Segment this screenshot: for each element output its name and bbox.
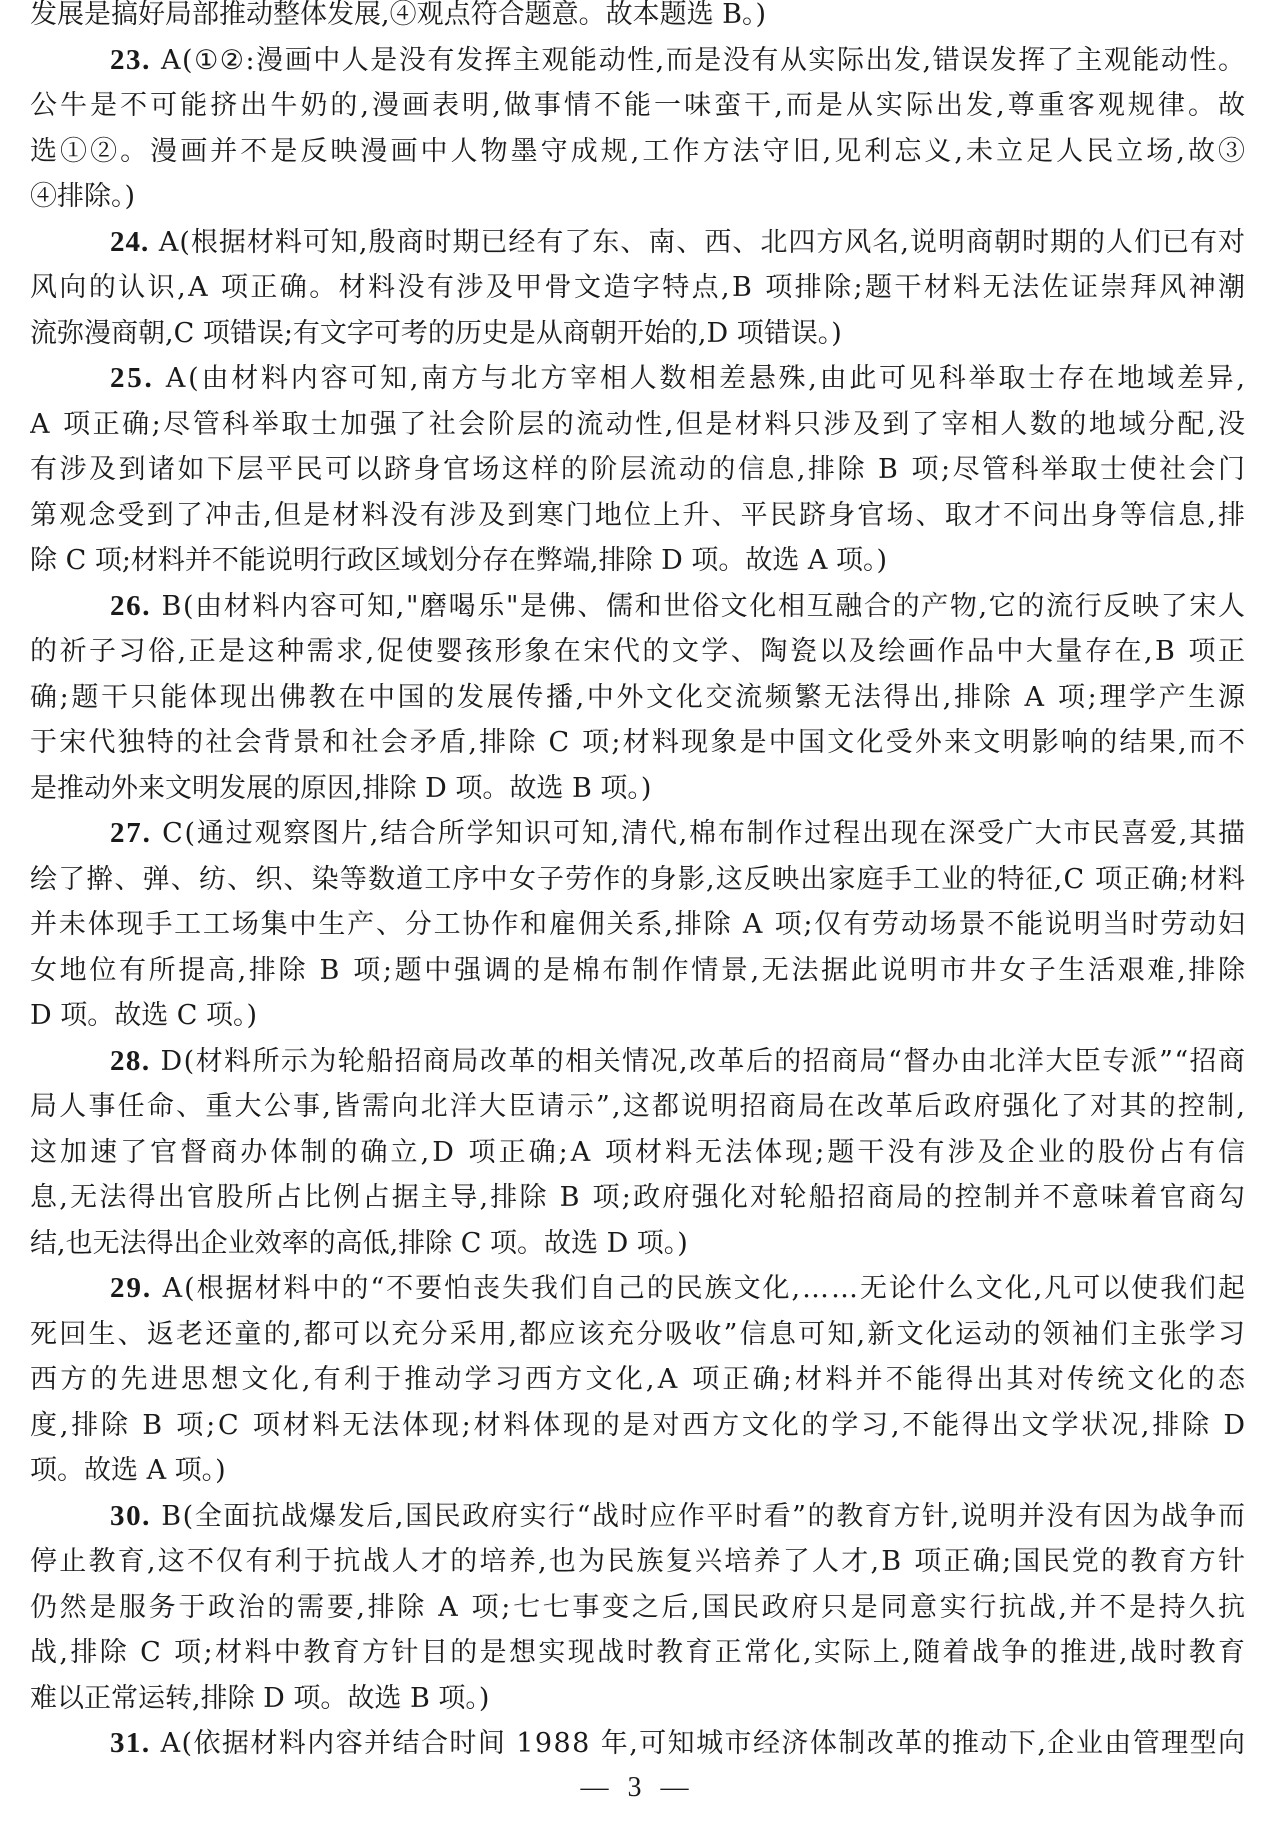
line-text: 女地位有所提高,排除 B 项;题中强调的是棉布制作情景,无法据此说明市井女子生活…: [30, 955, 1245, 986]
question-number: 25.: [110, 362, 155, 394]
line-text: 结,也无法得出企业效率的高低,排除 C 项。故选 D 项。): [30, 1228, 688, 1259]
text-line: 息,无法得出官股所占比例占据主导,排除 B 项;政府强化对轮船招商局的控制并不意…: [30, 1175, 1245, 1221]
text-line: D 项。故选 C 项。): [30, 993, 1245, 1039]
line-text: 选①②。漫画并不是反映漫画中人物墨守成规,工作方法守旧,见利忘义,未立足人民立场…: [30, 136, 1245, 167]
line-text: 发展是搞好局部推动整体发展,④观点符合题意。故本题选 B。): [30, 0, 766, 30]
question-first-line: 29. A(根据材料中的“不要怕丧失我们自己的民族文化,……无论什么文化,凡可以…: [30, 1266, 1245, 1312]
text-line: 除 C 项;材料并不能说明行政区域划分存在弊端,排除 D 项。故选 A 项。): [30, 538, 1245, 584]
text-line: 并未体现手工工场集中生产、分工协作和雇佣关系,排除 A 项;仅有劳动场景不能说明…: [30, 902, 1245, 948]
line-text: 局人事任命、重大公事,皆需向北洋大臣请示”,这都说明招商局在改革后政府强化了对其…: [30, 1091, 1245, 1122]
line-text: 西方的先进思想文化,有利于推动学习西方文化,A 项正确;材料并不能得出其对传统文…: [30, 1364, 1245, 1395]
line-text: D 项。故选 C 项。): [30, 1000, 257, 1031]
line-text: B(全面抗战爆发后,国民政府实行“战时应作平时看”的教育方针,说明并没有因为战争…: [151, 1501, 1245, 1532]
line-text: 停止教育,这不仅有利于抗战人才的培养,也为民族复兴培养了人才,B 项正确;国民党…: [30, 1546, 1245, 1577]
line-text: 于宋代独特的社会背景和社会矛盾,排除 C 项;材料现象是中国文化受外来文明影响的…: [30, 727, 1245, 758]
line-text: A(①②:漫画中人是没有发挥主观能动性,而是没有从实际出发,错误发挥了主观能动性…: [151, 45, 1245, 76]
question-number: 23.: [110, 44, 151, 76]
text-line: 公牛是不可能挤出牛奶的,漫画表明,做事情不能一味蛮干,而是从实际出发,尊重客观规…: [30, 83, 1245, 129]
line-text: 度,排除 B 项;C 项材料无法体现;材料体现的是对西方文化的学习,不能得出文学…: [30, 1410, 1245, 1441]
question-number: 29.: [110, 1272, 152, 1304]
text-line: A 项正确;尽管科举取士加强了社会阶层的流动性,但是材料只涉及到了宰相人数的地域…: [30, 402, 1245, 448]
text-line: 流弥漫商朝,C 项错误;有文字可考的历史是从商朝开始的,D 项错误。): [30, 311, 1245, 357]
text-line: 仍然是服务于政治的需要,排除 A 项;七七事变之后,国民政府只是同意实行抗战,并…: [30, 1585, 1245, 1631]
line-text: 的祈子习俗,正是这种需求,促使婴孩形象在宋代的文学、陶瓷以及绘画作品中大量存在,…: [30, 636, 1245, 667]
line-text: 这加速了官督商办体制的确立,D 项正确;A 项材料无法体现;题干没有涉及企业的股…: [30, 1137, 1245, 1168]
text-line: ④排除。): [30, 174, 1245, 220]
text-line: 的祈子习俗,正是这种需求,促使婴孩形象在宋代的文学、陶瓷以及绘画作品中大量存在,…: [30, 629, 1245, 675]
text-line: 发展是搞好局部推动整体发展,④观点符合题意。故本题选 B。): [30, 0, 1245, 38]
line-text: 有涉及到诸如下层平民可以跻身官场这样的阶层流动的信息,排除 B 项;尽管科举取士…: [30, 454, 1245, 485]
text-line: 风向的认识,A 项正确。材料没有涉及甲骨文造字特点,B 项排除;题干材料无法佐证…: [30, 265, 1245, 311]
question-number: 27.: [110, 817, 152, 849]
line-text: A(根据材料可知,殷商时期已经有了东、南、西、北四方风名,说明商朝时期的人们已有…: [149, 227, 1245, 258]
text-line: 度,排除 B 项;C 项材料无法体现;材料体现的是对西方文化的学习,不能得出文学…: [30, 1403, 1245, 1449]
question-number: 26.: [110, 590, 151, 622]
question-number: 31.: [110, 1727, 151, 1759]
question-number: 24.: [110, 226, 149, 258]
line-text: 风向的认识,A 项正确。材料没有涉及甲骨文造字特点,B 项排除;题干材料无法佐证…: [30, 272, 1245, 303]
question-number: 30.: [110, 1500, 151, 1532]
question-number: 28.: [110, 1045, 151, 1077]
text-line: 于宋代独特的社会背景和社会矛盾,排除 C 项;材料现象是中国文化受外来文明影响的…: [30, 720, 1245, 766]
line-text: A(由材料内容可知,南方与北方宰相人数相差悬殊,由此可见科举取士存在地域差异,: [155, 363, 1245, 394]
line-text: 死回生、返老还童的,都可以充分采用,都应该充分吸收”信息可知,新文化运动的领袖们…: [30, 1319, 1245, 1350]
text-line: 第观念受到了冲击,但是材料没有涉及到寒门地位上升、平民跻身官场、取才不问出身等信…: [30, 493, 1245, 539]
line-text: 确;题干只能体现出佛教在中国的发展传播,中外文化交流频繁无法得出,排除 A 项;…: [30, 682, 1245, 713]
line-text: 战,排除 C 项;材料中教育方针目的是想实现战时教育正常化,实际上,随着战争的推…: [30, 1637, 1245, 1668]
line-text: C(通过观察图片,结合所学知识可知,清代,棉布制作过程出现在深受广大市民喜爱,其…: [152, 818, 1245, 849]
text-line: 停止教育,这不仅有利于抗战人才的培养,也为民族复兴培养了人才,B 项正确;国民党…: [30, 1539, 1245, 1585]
line-text: ④排除。): [30, 181, 135, 212]
text-line: 女地位有所提高,排除 B 项;题中强调的是棉布制作情景,无法据此说明市井女子生活…: [30, 948, 1245, 994]
text-line: 是推动外来文明发展的原因,排除 D 项。故选 B 项。): [30, 766, 1245, 812]
line-text: A 项正确;尽管科举取士加强了社会阶层的流动性,但是材料只涉及到了宰相人数的地域…: [30, 409, 1245, 440]
line-text: 是推动外来文明发展的原因,排除 D 项。故选 B 项。): [30, 773, 651, 804]
line-text: 项。故选 A 项。): [30, 1455, 226, 1486]
line-text: A(根据材料中的“不要怕丧失我们自己的民族文化,……无论什么文化,凡可以使我们起: [152, 1273, 1245, 1304]
page-number: — 3 —: [0, 1772, 1275, 1804]
text-line: 战,排除 C 项;材料中教育方针目的是想实现战时教育正常化,实际上,随着战争的推…: [30, 1630, 1245, 1676]
question-first-line: 27. C(通过观察图片,结合所学知识可知,清代,棉布制作过程出现在深受广大市民…: [30, 811, 1245, 857]
text-line: 这加速了官督商办体制的确立,D 项正确;A 项材料无法体现;题干没有涉及企业的股…: [30, 1130, 1245, 1176]
line-text: D(材料所示为轮船招商局改革的相关情况,改革后的招商局“督办由北洋大臣专派”“招…: [151, 1046, 1245, 1077]
text-line: 选①②。漫画并不是反映漫画中人物墨守成规,工作方法守旧,见利忘义,未立足人民立场…: [30, 129, 1245, 175]
line-text: 第观念受到了冲击,但是材料没有涉及到寒门地位上升、平民跻身官场、取才不问出身等信…: [30, 500, 1245, 531]
text-line: 项。故选 A 项。): [30, 1448, 1245, 1494]
text-line: 难以正常运转,排除 D 项。故选 B 项。): [30, 1676, 1245, 1722]
line-text: A(依据材料内容并结合时间 1988 年,可知城市经济体制改革的推动下,企业由管…: [151, 1728, 1245, 1759]
question-first-line: 23. A(①②:漫画中人是没有发挥主观能动性,而是没有从实际出发,错误发挥了主…: [30, 38, 1245, 84]
text-line: 局人事任命、重大公事,皆需向北洋大臣请示”,这都说明招商局在改革后政府强化了对其…: [30, 1084, 1245, 1130]
question-first-line: 28. D(材料所示为轮船招商局改革的相关情况,改革后的招商局“督办由北洋大臣专…: [30, 1039, 1245, 1085]
line-text: B(由材料内容可知,"磨喝乐"是佛、儒和世俗文化相互融合的产物,它的流行反映了宋…: [151, 591, 1245, 622]
answer-explanations-page: 发展是搞好局部推动整体发展,④观点符合题意。故本题选 B。)23. A(①②:漫…: [30, 0, 1245, 1767]
text-line: 绘了擀、弹、纺、织、染等数道工序中女子劳作的身影,这反映出家庭手工业的特征,C …: [30, 857, 1245, 903]
line-text: 仍然是服务于政治的需要,排除 A 项;七七事变之后,国民政府只是同意实行抗战,并…: [30, 1592, 1245, 1623]
line-text: 息,无法得出官股所占比例占据主导,排除 B 项;政府强化对轮船招商局的控制并不意…: [30, 1182, 1245, 1213]
text-line: 有涉及到诸如下层平民可以跻身官场这样的阶层流动的信息,排除 B 项;尽管科举取士…: [30, 447, 1245, 493]
line-text: 绘了擀、弹、纺、织、染等数道工序中女子劳作的身影,这反映出家庭手工业的特征,C …: [30, 864, 1245, 895]
line-text: 公牛是不可能挤出牛奶的,漫画表明,做事情不能一味蛮干,而是从实际出发,尊重客观规…: [30, 90, 1245, 121]
line-text: 难以正常运转,排除 D 项。故选 B 项。): [30, 1683, 489, 1714]
question-first-line: 25. A(由材料内容可知,南方与北方宰相人数相差悬殊,由此可见科举取士存在地域…: [30, 356, 1245, 402]
question-first-line: 30. B(全面抗战爆发后,国民政府实行“战时应作平时看”的教育方针,说明并没有…: [30, 1494, 1245, 1540]
text-line: 死回生、返老还童的,都可以充分采用,都应该充分吸收”信息可知,新文化运动的领袖们…: [30, 1312, 1245, 1358]
text-line: 确;题干只能体现出佛教在中国的发展传播,中外文化交流频繁无法得出,排除 A 项;…: [30, 675, 1245, 721]
line-text: 除 C 项;材料并不能说明行政区域划分存在弊端,排除 D 项。故选 A 项。): [30, 545, 887, 576]
question-first-line: 31. A(依据材料内容并结合时间 1988 年,可知城市经济体制改革的推动下,…: [30, 1721, 1245, 1767]
text-line: 结,也无法得出企业效率的高低,排除 C 项。故选 D 项。): [30, 1221, 1245, 1267]
question-first-line: 26. B(由材料内容可知,"磨喝乐"是佛、儒和世俗文化相互融合的产物,它的流行…: [30, 584, 1245, 630]
question-first-line: 24. A(根据材料可知,殷商时期已经有了东、南、西、北四方风名,说明商朝时期的…: [30, 220, 1245, 266]
text-line: 西方的先进思想文化,有利于推动学习西方文化,A 项正确;材料并不能得出其对传统文…: [30, 1357, 1245, 1403]
line-text: 流弥漫商朝,C 项错误;有文字可考的历史是从商朝开始的,D 项错误。): [30, 318, 842, 349]
line-text: 并未体现手工工场集中生产、分工协作和雇佣关系,排除 A 项;仅有劳动场景不能说明…: [30, 909, 1245, 940]
